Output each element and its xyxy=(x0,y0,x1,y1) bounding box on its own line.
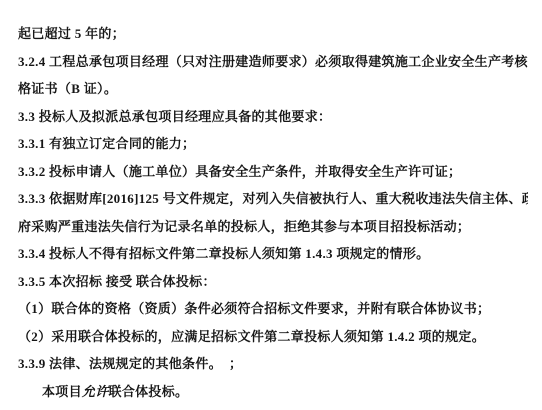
text-line-carryover: 起已超过 5 年的； xyxy=(18,20,528,48)
line-text: 3.3.1 有独立订定合同的能力； xyxy=(18,136,195,151)
line-text: 格证书（B 证）。 xyxy=(18,81,117,96)
clause-3-3-9: 3.3.9 法律、法规规定的其他条件。 ； xyxy=(18,350,528,378)
joint-venture-item-2: （2）采用联合体投标的，应满足招标文件第二章投标人须知第 1.4.2 项的规定。 xyxy=(18,323,528,351)
clause-3-3-4: 3.3.4 投标人不得有招标文件第二章投标人须知第 1.4.3 项规定的情形。 xyxy=(18,240,528,268)
line-text: 府采购严重违法失信行为记录名单的投标人，拒绝其参与本项目招投标活动； xyxy=(18,219,470,234)
clause-3-3-3: 3.3.3 依据财库[2016]125 号文件规定，对列入失信被执行人、重大税收… xyxy=(18,185,528,213)
line-text: 3.3 投标人及拟派总承包项目经理应具备的其他要求： xyxy=(18,109,331,124)
line-text: 3.3.4 投标人不得有招标文件第二章投标人须知第 1.4.3 项规定的情形。 xyxy=(18,246,429,261)
joint-venture-permission-line: 本项目允许联合体投标。 xyxy=(18,378,528,406)
line-text: 起已超过 5 年的； xyxy=(18,26,125,41)
line-text: 联合体投标。 xyxy=(109,384,189,399)
clause-3-3-5: 3.3.5 本次招标 接受 联合体投标： xyxy=(18,268,528,296)
line-text: （2）采用联合体投标的，应满足招标文件第二章投标人须知第 1.4.2 项的规定。 xyxy=(18,329,485,344)
line-text: 3.3.5 本次招标 接受 联合体投标： xyxy=(18,274,216,289)
clause-3-3-3-continuation: 府采购严重违法失信行为记录名单的投标人，拒绝其参与本项目招投标活动； xyxy=(18,213,528,241)
clause-3-2-4: 3.2.4 工程总承包项目经理（只对注册建造师要求）必须取得建筑施工企业安全生产… xyxy=(18,48,528,76)
line-text: 本项目 xyxy=(42,384,82,399)
clause-3-3: 3.3 投标人及拟派总承包项目经理应具备的其他要求： xyxy=(18,103,528,131)
clause-3-3-2: 3.3.2 投标申请人（施工单位）具备安全生产条件，并取得安全生产许可证； xyxy=(18,158,528,186)
line-text: 3.2.4 工程总承包项目经理（只对注册建造师要求）必须取得建筑施工企业安全生产… xyxy=(18,54,528,69)
clause-3-2-4-continuation: 格证书（B 证）。 xyxy=(18,75,528,103)
line-text: 3.3.9 法律、法规规定的其他条件。 ； xyxy=(18,356,242,371)
document-body: 起已超过 5 年的； 3.2.4 工程总承包项目经理（只对注册建造师要求）必须取… xyxy=(18,20,528,405)
joint-venture-item-1: （1）联合体的资格（资质）条件必须符合招标文件要求，并附有联合体协议书； xyxy=(18,295,528,323)
line-text: 3.3.2 投标申请人（施工单位）具备安全生产条件，并取得安全生产许可证； xyxy=(18,164,461,179)
line-text: 3.3.3 依据财库[2016]125 号文件规定，对列入失信被执行人、重大税收… xyxy=(18,191,528,206)
clause-3-3-1: 3.3.1 有独立订定合同的能力； xyxy=(18,130,528,158)
line-text: （1）联合体的资格（资质）条件必须符合招标文件要求，并附有联合体协议书； xyxy=(18,301,490,316)
document-page: 起已超过 5 年的； 3.2.4 工程总承包项目经理（只对注册建造师要求）必须取… xyxy=(0,0,542,410)
emphasized-word: 允许 xyxy=(82,384,109,399)
